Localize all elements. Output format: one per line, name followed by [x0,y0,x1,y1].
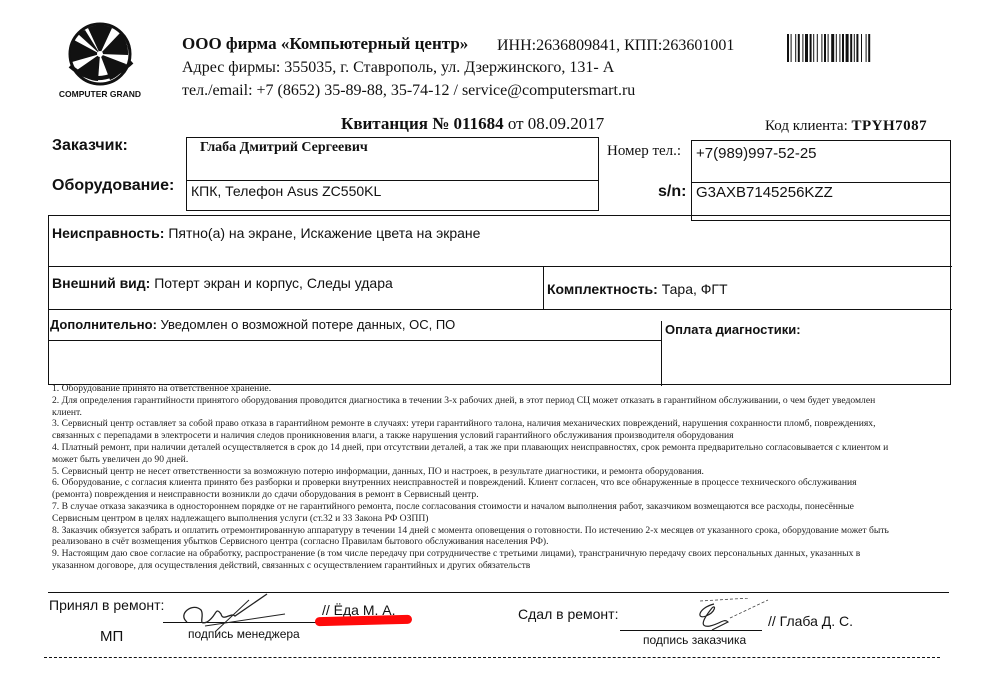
appearance-label: Внешний вид: [52,275,150,291]
accepted-label: Принял в ремонт: [49,597,164,613]
barcode [787,34,940,62]
kit-label: Комплектность: [547,281,658,297]
serial-number-value: G3AXB7145256KZZ [696,184,833,201]
phone-label: Номер тел.: [607,143,681,160]
column-divider [543,266,544,309]
terms-line: клиент. [52,407,947,419]
extra-cell: Дополнительно: Уведомлен о возможной пот… [50,317,455,332]
appearance-value: Потерт экран и корпус, Следы удара [150,275,392,291]
terms-line: 3. Сервисный центр оставляет за собой пр… [52,418,947,430]
kit-cell: Комплектность: Тара, ФГТ [547,281,728,297]
company-inn-kpp: ИНН:2636809841, КПП:263601001 [497,37,734,55]
equipment-value: КПК, Телефон Asus ZC550KL [191,183,381,199]
terms-line: Сервисным центром в целях надлежащего вы… [52,513,947,525]
cut-line [44,657,940,658]
fault-label: Неисправность: [52,225,164,241]
receipt-date: от 08.09.2017 [504,114,605,133]
row-divider [49,309,952,310]
client-code: Код клиента: TPYH7087 [765,118,927,135]
fault-cell: Неисправность: Пятно(а) на экране, Искаж… [52,225,480,241]
customer-signature-caption: подпись заказчика [643,633,746,647]
company-logo: COMPUTER GRAND [50,22,150,100]
extra-label: Дополнительно: [50,317,157,332]
equipment-label: Оборудование: [52,177,174,195]
terms-line: связанных с перепадами в электросети и н… [52,430,947,442]
terms-line: 9. Настоящим даю свое согласие на обрабо… [52,548,947,560]
details-table: Неисправность: Пятно(а) на экране, Искаж… [48,215,951,385]
terms-line: 5. Сервисный центр не несет ответственно… [52,466,947,478]
stamp-placeholder: МП [100,628,123,645]
orange-slice-icon [70,24,132,84]
receipt-title: Квитанция № 011684 от 08.09.2017 [341,114,604,134]
terms-line: указанном договоре, для осуществления де… [52,560,947,572]
row-divider [49,266,952,267]
terms-line: 1. Оборудование принято на ответственное… [52,383,947,395]
row-divider [49,340,661,341]
terms-line: 8. Заказчик обязуется забрать и оплатить… [52,525,947,537]
terms-list: 1. Оборудование принято на ответственное… [52,383,947,572]
company-address: Адрес фирмы: 355035, г. Ставрополь, ул. … [182,59,614,77]
terms-line: 6. Оборудование, с согласия клиента прин… [52,477,947,489]
terms-line: может быть увеличен до 90 дней. [52,454,947,466]
terms-line: (ремонта) повреждения и неисправности во… [52,489,947,501]
fault-value: Пятно(а) на экране, Искажение цвета на э… [164,225,480,241]
terms-line: реализовано в счёт возмещения убытков Се… [52,536,947,548]
receipt-number: 011684 [454,114,504,133]
client-code-label: Код клиента: [765,118,852,134]
client-code-value: TPYH7087 [852,118,928,134]
terms-line: 2. Для определения гарантийности принято… [52,395,947,407]
terms-line: 4. Платный ремонт, при наличии деталей о… [52,442,947,454]
handed-label: Сдал в ремонт: [518,606,618,622]
svg-text:COMPUTER GRAND: COMPUTER GRAND [59,89,141,99]
phone-value: +7(989)997-52-25 [696,145,817,162]
extra-value: Уведомлен о возможной потере данных, ОС,… [157,317,455,332]
redaction-mark [315,615,412,627]
customer-value: Глаба Дмитрий Сергеевич [200,140,368,156]
customer-label: Заказчик: [52,137,128,155]
company-contacts: тел./email: +7 (8652) 35-89-88, 35-74-12… [182,82,635,100]
customer-signature-name: // Глаба Д. С. [768,613,853,629]
terms-line: 7. В случае отказа заказчика в односторо… [52,501,947,513]
diagnostics-payment-label: Оплата диагностики: [665,322,801,337]
manager-signature-caption: подпись менеджера [188,627,300,641]
company-name: ООО фирма «Компьютерный центр» [182,34,468,54]
appearance-cell: Внешний вид: Потерт экран и корпус, След… [52,275,393,291]
receipt-title-prefix: Квитанция № [341,114,454,133]
kit-value: Тара, ФГТ [658,281,728,297]
serial-number-label: s/n: [658,183,686,201]
diagnostics-payment-cell: Оплата диагностики: [665,322,801,337]
column-divider [661,321,662,386]
